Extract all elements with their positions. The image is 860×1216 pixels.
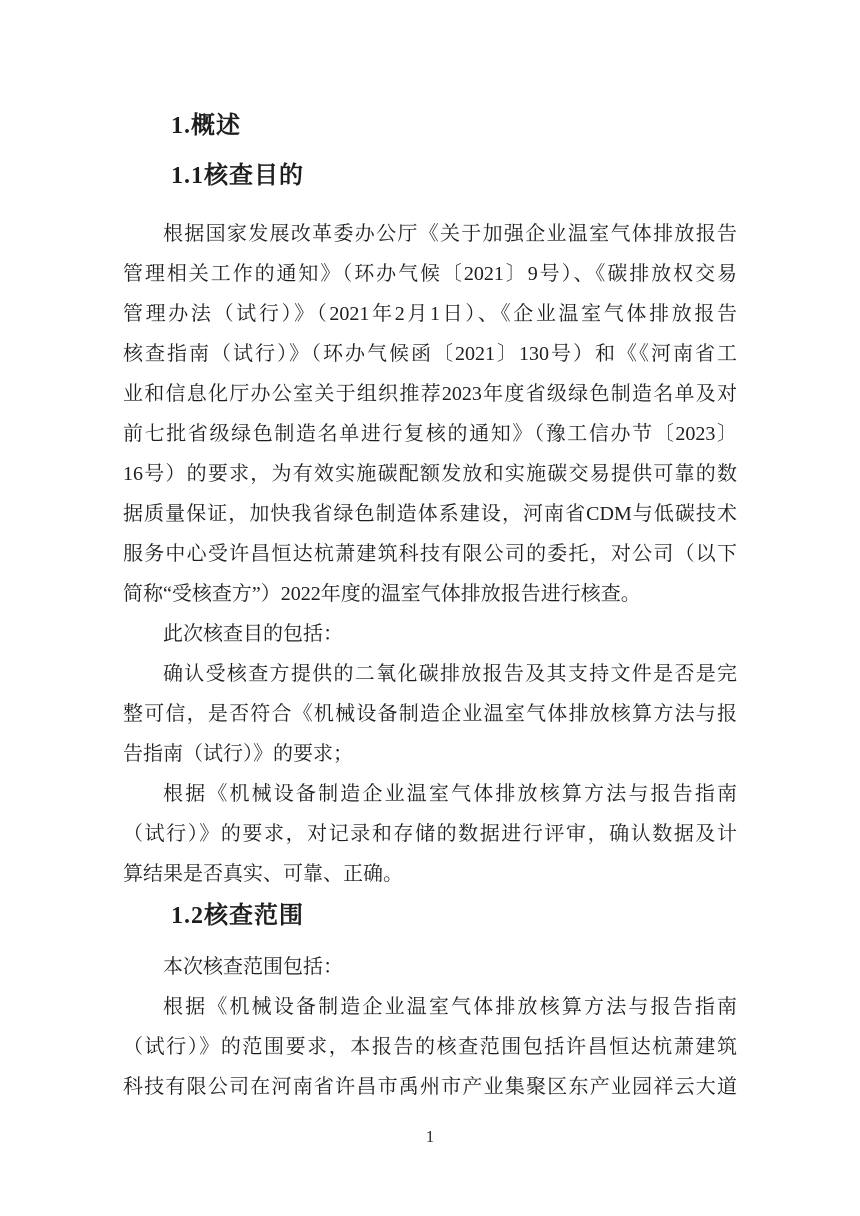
paragraph-verification-basis: 根据国家发展改革委办公厅《关于加强企业温室气体排放报告 管理相关工作的通知》（环… xyxy=(123,214,737,614)
text-line: 核查指南（试行）》（环办气候函〔2021〕130号）和《《河南省工 xyxy=(123,334,737,374)
text-line: 根据《机械设备制造企业温室气体排放核算方法与报告指南 xyxy=(123,987,737,1027)
text-line: 此次核查目的包括： xyxy=(123,614,737,654)
text-line: 服务中心受许昌恒达杭萧建筑科技有限公司的委托，对公司（以下 xyxy=(123,534,737,574)
paragraph-scope-intro: 本次核查范围包括： xyxy=(123,947,737,987)
text-line: 确认受核查方提供的二氧化碳排放报告及其支持文件是否是完 xyxy=(123,654,737,694)
text-line: （试行）》的要求，对记录和存储的数据进行评审，确认数据及计 xyxy=(123,814,737,854)
text-line: 告指南（试行）》的要求； xyxy=(123,734,737,774)
text-line: （试行）》的范围要求，本报告的核查范围包括许昌恒达杭萧建筑 xyxy=(123,1027,737,1067)
heading-verification-scope: 1.2核查范围 xyxy=(171,900,737,932)
text-line: 本次核查范围包括： xyxy=(123,947,737,987)
report-page: 1.概述 1.1核查目的 根据国家发展改革委办公厅《关于加强企业温室气体排放报告… xyxy=(0,0,860,1216)
paragraph-scope-body: 根据《机械设备制造企业温室气体排放核算方法与报告指南 （试行）》的范围要求，本报… xyxy=(123,987,737,1107)
text-line: 据质量保证，加快我省绿色制造体系建设，河南省CDM与低碳技术 xyxy=(123,494,737,534)
paragraph-purpose-item-1: 确认受核查方提供的二氧化碳排放报告及其支持文件是否是完 整可信，是否符合《机械设… xyxy=(123,654,737,774)
heading-verification-purpose: 1.1核查目的 xyxy=(171,160,737,192)
text-line: 整可信，是否符合《机械设备制造企业温室气体排放核算方法与报 xyxy=(123,694,737,734)
text-line: 根据国家发展改革委办公厅《关于加强企业温室气体排放报告 xyxy=(123,214,737,254)
paragraph-purpose-intro: 此次核查目的包括： xyxy=(123,614,737,654)
text-line: 简称“受核查方”）2022年度的温室气体排放报告进行核查。 xyxy=(123,574,737,614)
text-line: 根据《机械设备制造企业温室气体排放核算方法与报告指南 xyxy=(123,774,737,814)
text-line: 科技有限公司在河南省许昌市禹州市产业集聚区东产业园祥云大道 xyxy=(123,1067,737,1107)
page-footer: 1 xyxy=(123,1125,737,1149)
paragraph-purpose-item-2: 根据《机械设备制造企业温室气体排放核算方法与报告指南 （试行）》的要求，对记录和… xyxy=(123,774,737,894)
text-line: 管理相关工作的通知》（环办气候〔2021〕9号）、《碳排放权交易 xyxy=(123,254,737,294)
text-line: 前七批省级绿色制造名单进行复核的通知》（豫工信办节〔2023〕 xyxy=(123,414,737,454)
text-line: 业和信息化厅办公室关于组织推荐2023年度省级绿色制造名单及对 xyxy=(123,374,737,414)
text-line: 16号）的要求，为有效实施碳配额发放和实施碳交易提供可靠的数 xyxy=(123,454,737,494)
text-line: 管理办法（试行）》（2021年2月1日）、《企业温室气体排放报告 xyxy=(123,294,737,334)
heading-overview: 1.概述 xyxy=(171,110,737,142)
text-line: 算结果是否真实、可靠、正确。 xyxy=(123,854,737,894)
page-number: 1 xyxy=(426,1127,435,1146)
